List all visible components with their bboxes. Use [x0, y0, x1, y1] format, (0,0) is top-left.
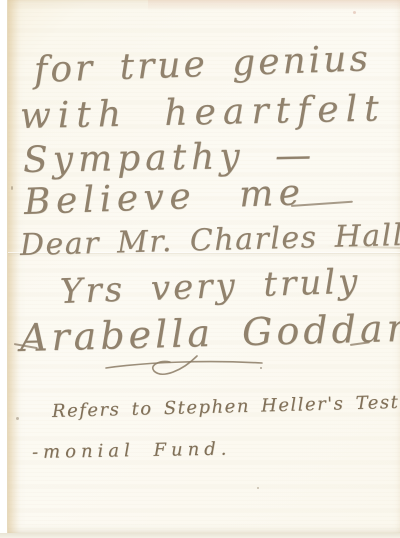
handwriting-line-2: with heartfelt	[20, 88, 386, 137]
handwriting-line-4: Believe me	[23, 172, 306, 223]
paper-speck	[257, 487, 259, 489]
scan-edge	[0, 533, 400, 538]
paper-speck	[353, 11, 356, 14]
annotation-line-1: Refers to Stephen Heller's Testi-	[52, 392, 400, 422]
signature: Arabella Goddard	[19, 305, 400, 360]
paper-top-tint	[148, 0, 400, 11]
paper-speck	[11, 186, 13, 190]
annotation-line-2: -monial Fund.	[32, 439, 232, 463]
handwriting-line-1: for true genius	[33, 38, 371, 91]
handwriting-line-5: Dear Mr. Charles Hallé	[20, 217, 400, 263]
handwriting-line-6: Yrs very truly	[59, 262, 361, 312]
scanned-letter: for true genius with heartfelt Sympathy …	[0, 0, 400, 538]
paper-speck	[16, 417, 19, 420]
ink-dot	[260, 367, 262, 369]
signature-underline	[102, 355, 270, 381]
letter-paper: for true genius with heartfelt Sympathy …	[7, 0, 400, 533]
paper-edge-tint	[8, 0, 20, 533]
